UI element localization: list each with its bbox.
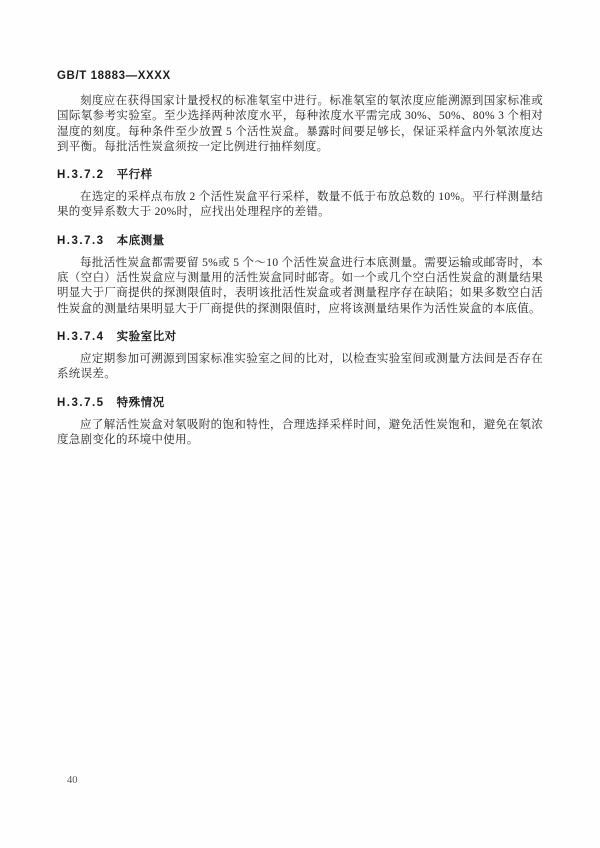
heading-number: H.3.7.4 <box>57 331 105 343</box>
paragraph-calibration: 刻度应在获得国家计量授权的标准氡室中进行。标准氡室的氡浓度应能溯源到国家标准或国… <box>57 94 543 155</box>
heading-number: H.3.7.2 <box>57 169 105 181</box>
paragraph-special-cases: 应了解活性炭盒对氡吸附的饱和特性，合理选择采样时间，避免活性炭饱和，避免在氡浓度… <box>57 418 543 449</box>
heading-special-cases: H.3.7.5特殊情况 <box>57 397 543 410</box>
heading-title: 特殊情况 <box>117 397 165 409</box>
paragraph-parallel-sample: 在选定的采样点布放 2 个活性炭盒平行采样，数量不低于布放总数的 10%。平行样… <box>57 190 543 221</box>
standard-number-header: GB/T 18883—XXXX <box>57 70 543 82</box>
heading-number: H.3.7.3 <box>57 235 105 247</box>
heading-parallel-sample: H.3.7.2平行样 <box>57 169 543 182</box>
page-number: 40 <box>67 775 78 786</box>
document-page: GB/T 18883—XXXX 刻度应在获得国家计量授权的标准氡室中进行。标准氡… <box>0 0 600 848</box>
paragraph-lab-comparison: 应定期参加可溯源到国家标准实验室之间的比对，以检查实验室间或测量方法间是否存在系… <box>57 352 543 383</box>
heading-title: 本底测量 <box>117 235 165 247</box>
heading-title: 平行样 <box>117 169 153 181</box>
heading-lab-comparison: H.3.7.4实验室比对 <box>57 331 543 344</box>
heading-number: H.3.7.5 <box>57 397 105 409</box>
heading-background-measurement: H.3.7.3本底测量 <box>57 235 543 248</box>
paragraph-background-measurement: 每批活性炭盒都需要留 5%或 5 个～10 个活性炭盒进行本底测量。需要运输或邮… <box>57 256 543 317</box>
heading-title: 实验室比对 <box>117 331 177 343</box>
